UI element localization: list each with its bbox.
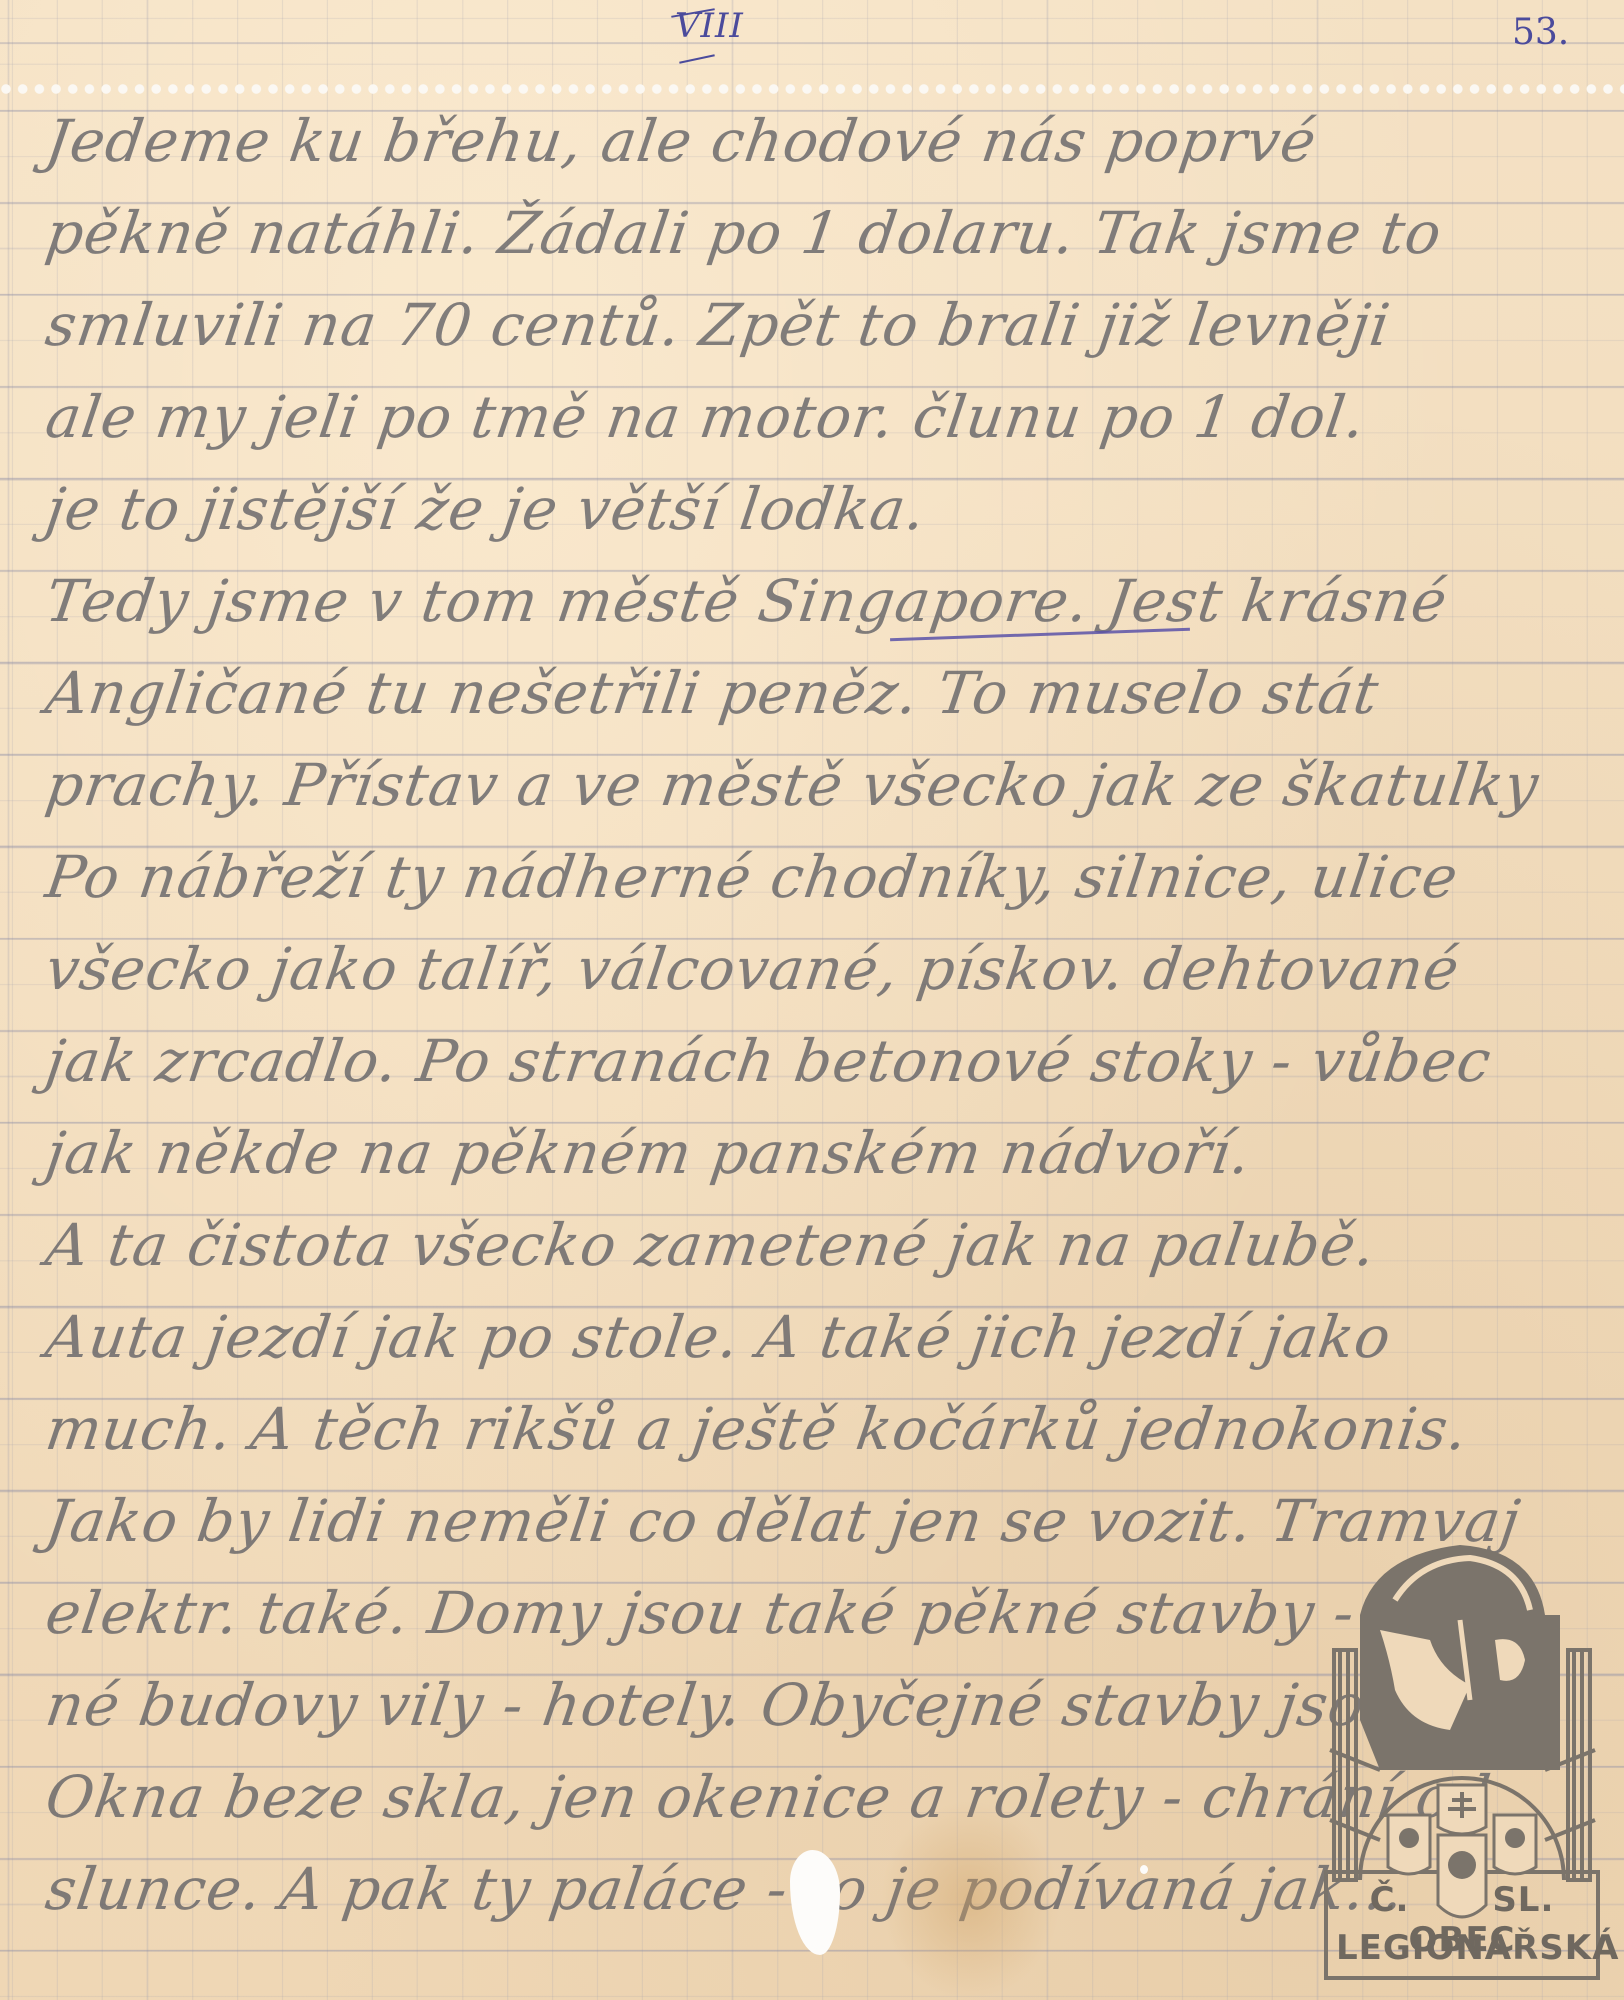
text-line: Jedeme ku břehu, ale chodové nás poprvé: [40, 95, 1613, 187]
text-line: je to jistější že je větší lodka.: [40, 463, 1613, 555]
text-line: jak někde na pěkném panském nádvoří.: [40, 1107, 1613, 1199]
text-line: ale my jeli po tmě na motor. člunu po 1 …: [40, 371, 1613, 463]
stamp-text-left: Č. SL.: [1370, 1880, 1555, 1920]
text-line: Angličané tu nešetřili peněz. To muselo …: [40, 647, 1613, 739]
page-number: 53.: [1512, 12, 1569, 53]
chapter-mark: VIII: [675, 6, 744, 46]
text-line: smluvili na 70 centů. Zpět to brali již …: [40, 279, 1613, 371]
text-line-singapore: Tedy jsme v tom městě Singapore. Jest kr…: [40, 555, 1613, 647]
text-line: Tedy jsme v tom městě Singapore. Jest kr…: [42, 567, 1452, 635]
text-line: prachy. Přístav a ve městě všecko jak ze…: [40, 739, 1613, 831]
perforated-edge: [0, 83, 1624, 95]
text-line: jak zrcadlo. Po stranách betonové stoky …: [40, 1015, 1613, 1107]
text-line: A ta čistota všecko zametené jak na palu…: [40, 1199, 1613, 1291]
text-line: Po nábřeží ty nádherné chodníky, silnice…: [40, 831, 1613, 923]
text-line: všecko jako talíř, válcované, pískov. de…: [40, 923, 1613, 1015]
text-line: pěkně natáhli. Žádali po 1 dolaru. Tak j…: [40, 187, 1613, 279]
text-line: much. A těch rikšů a ještě kočárků jedno…: [40, 1383, 1613, 1475]
text-line: Auta jezdí jak po stole. A také jich jez…: [40, 1291, 1613, 1383]
legion-stamp: Č. SL. OBEC LEGIONÁŘSKÁ: [1320, 1520, 1604, 1980]
water-stain: [880, 1800, 1060, 2000]
stamp-line2: LEGIONÁŘSKÁ: [1336, 1928, 1588, 1968]
